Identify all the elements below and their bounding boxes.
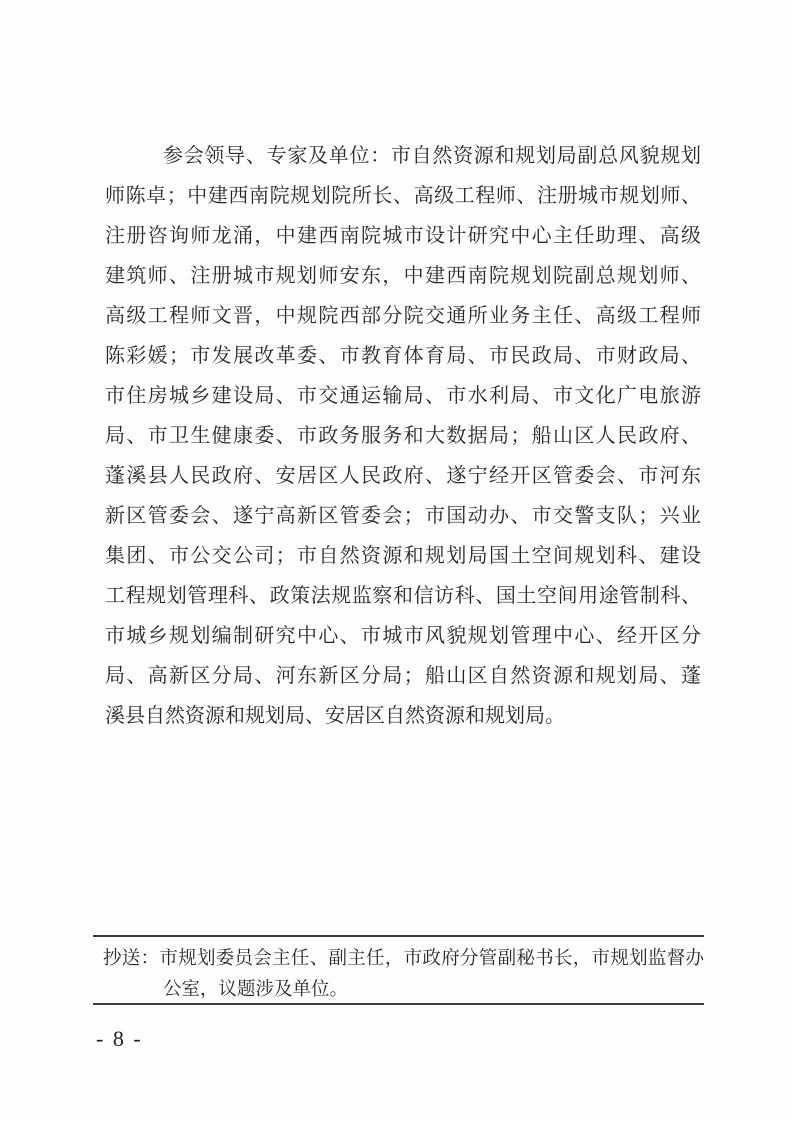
cc-line-2: 公室，议题涉及单位。 bbox=[103, 975, 704, 1006]
body-text-line: 蓬溪县人民政府、安居区人民政府、遂宁经开区管委会、市河东 bbox=[105, 456, 701, 496]
document-page: 参会领导、专家及单位：市自然资源和规划局副总风貌规划 师陈卓；中建西南院规划院所… bbox=[0, 0, 793, 1122]
cc-separator-top bbox=[93, 935, 704, 937]
body-text-line: 陈彩媛；市发展改革委、市教育体育局、市民政局、市财政局、 bbox=[105, 336, 701, 376]
body-text-line: 溪县自然资源和规划局、安居区自然资源和规划局。 bbox=[105, 696, 701, 736]
page-number: - 8 - bbox=[96, 1026, 143, 1052]
body-text-line: 注册咨询师龙涌，中建西南院城市设计研究中心主任助理、高级 bbox=[105, 216, 701, 256]
body-text-line: 新区管委会、遂宁高新区管委会；市国动办、市交警支队；兴业 bbox=[105, 496, 701, 536]
body-text-line: 工程规划管理科、政策法规监察和信访科、国土空间用途管制科、 bbox=[105, 576, 701, 616]
body-text-line: 局、高新区分局、河东新区分局；船山区自然资源和规划局、蓬 bbox=[105, 656, 701, 696]
body-text-line: 市住房城乡建设局、市交通运输局、市水利局、市文化广电旅游 bbox=[105, 376, 701, 416]
document-body: 参会领导、专家及单位：市自然资源和规划局副总风貌规划 师陈卓；中建西南院规划院所… bbox=[105, 136, 701, 736]
body-text-line: 参会领导、专家及单位：市自然资源和规划局副总风貌规划 bbox=[105, 136, 701, 176]
body-text-line: 高级工程师文晋，中规院西部分院交通所业务主任、高级工程师 bbox=[105, 296, 701, 336]
body-text-line: 局、市卫生健康委、市政务服务和大数据局；船山区人民政府、 bbox=[105, 416, 701, 456]
cc-line-1: 抄送：市规划委员会主任、副主任，市政府分管副秘书长，市规划监督办 bbox=[103, 944, 704, 975]
body-text-line: 建筑师、注册城市规划师安东，中建西南院规划院副总规划师、 bbox=[105, 256, 701, 296]
body-text-line: 市城乡规划编制研究中心、市城市风貌规划管理中心、经开区分 bbox=[105, 616, 701, 656]
body-text-line: 集团、市公交公司；市自然资源和规划局国土空间规划科、建设 bbox=[105, 536, 701, 576]
cc-separator-bottom bbox=[93, 1003, 704, 1005]
cc-section: 抄送：市规划委员会主任、副主任，市政府分管副秘书长，市规划监督办 公室，议题涉及… bbox=[103, 944, 704, 1006]
body-text-line: 师陈卓；中建西南院规划院所长、高级工程师、注册城市规划师、 bbox=[105, 176, 701, 216]
